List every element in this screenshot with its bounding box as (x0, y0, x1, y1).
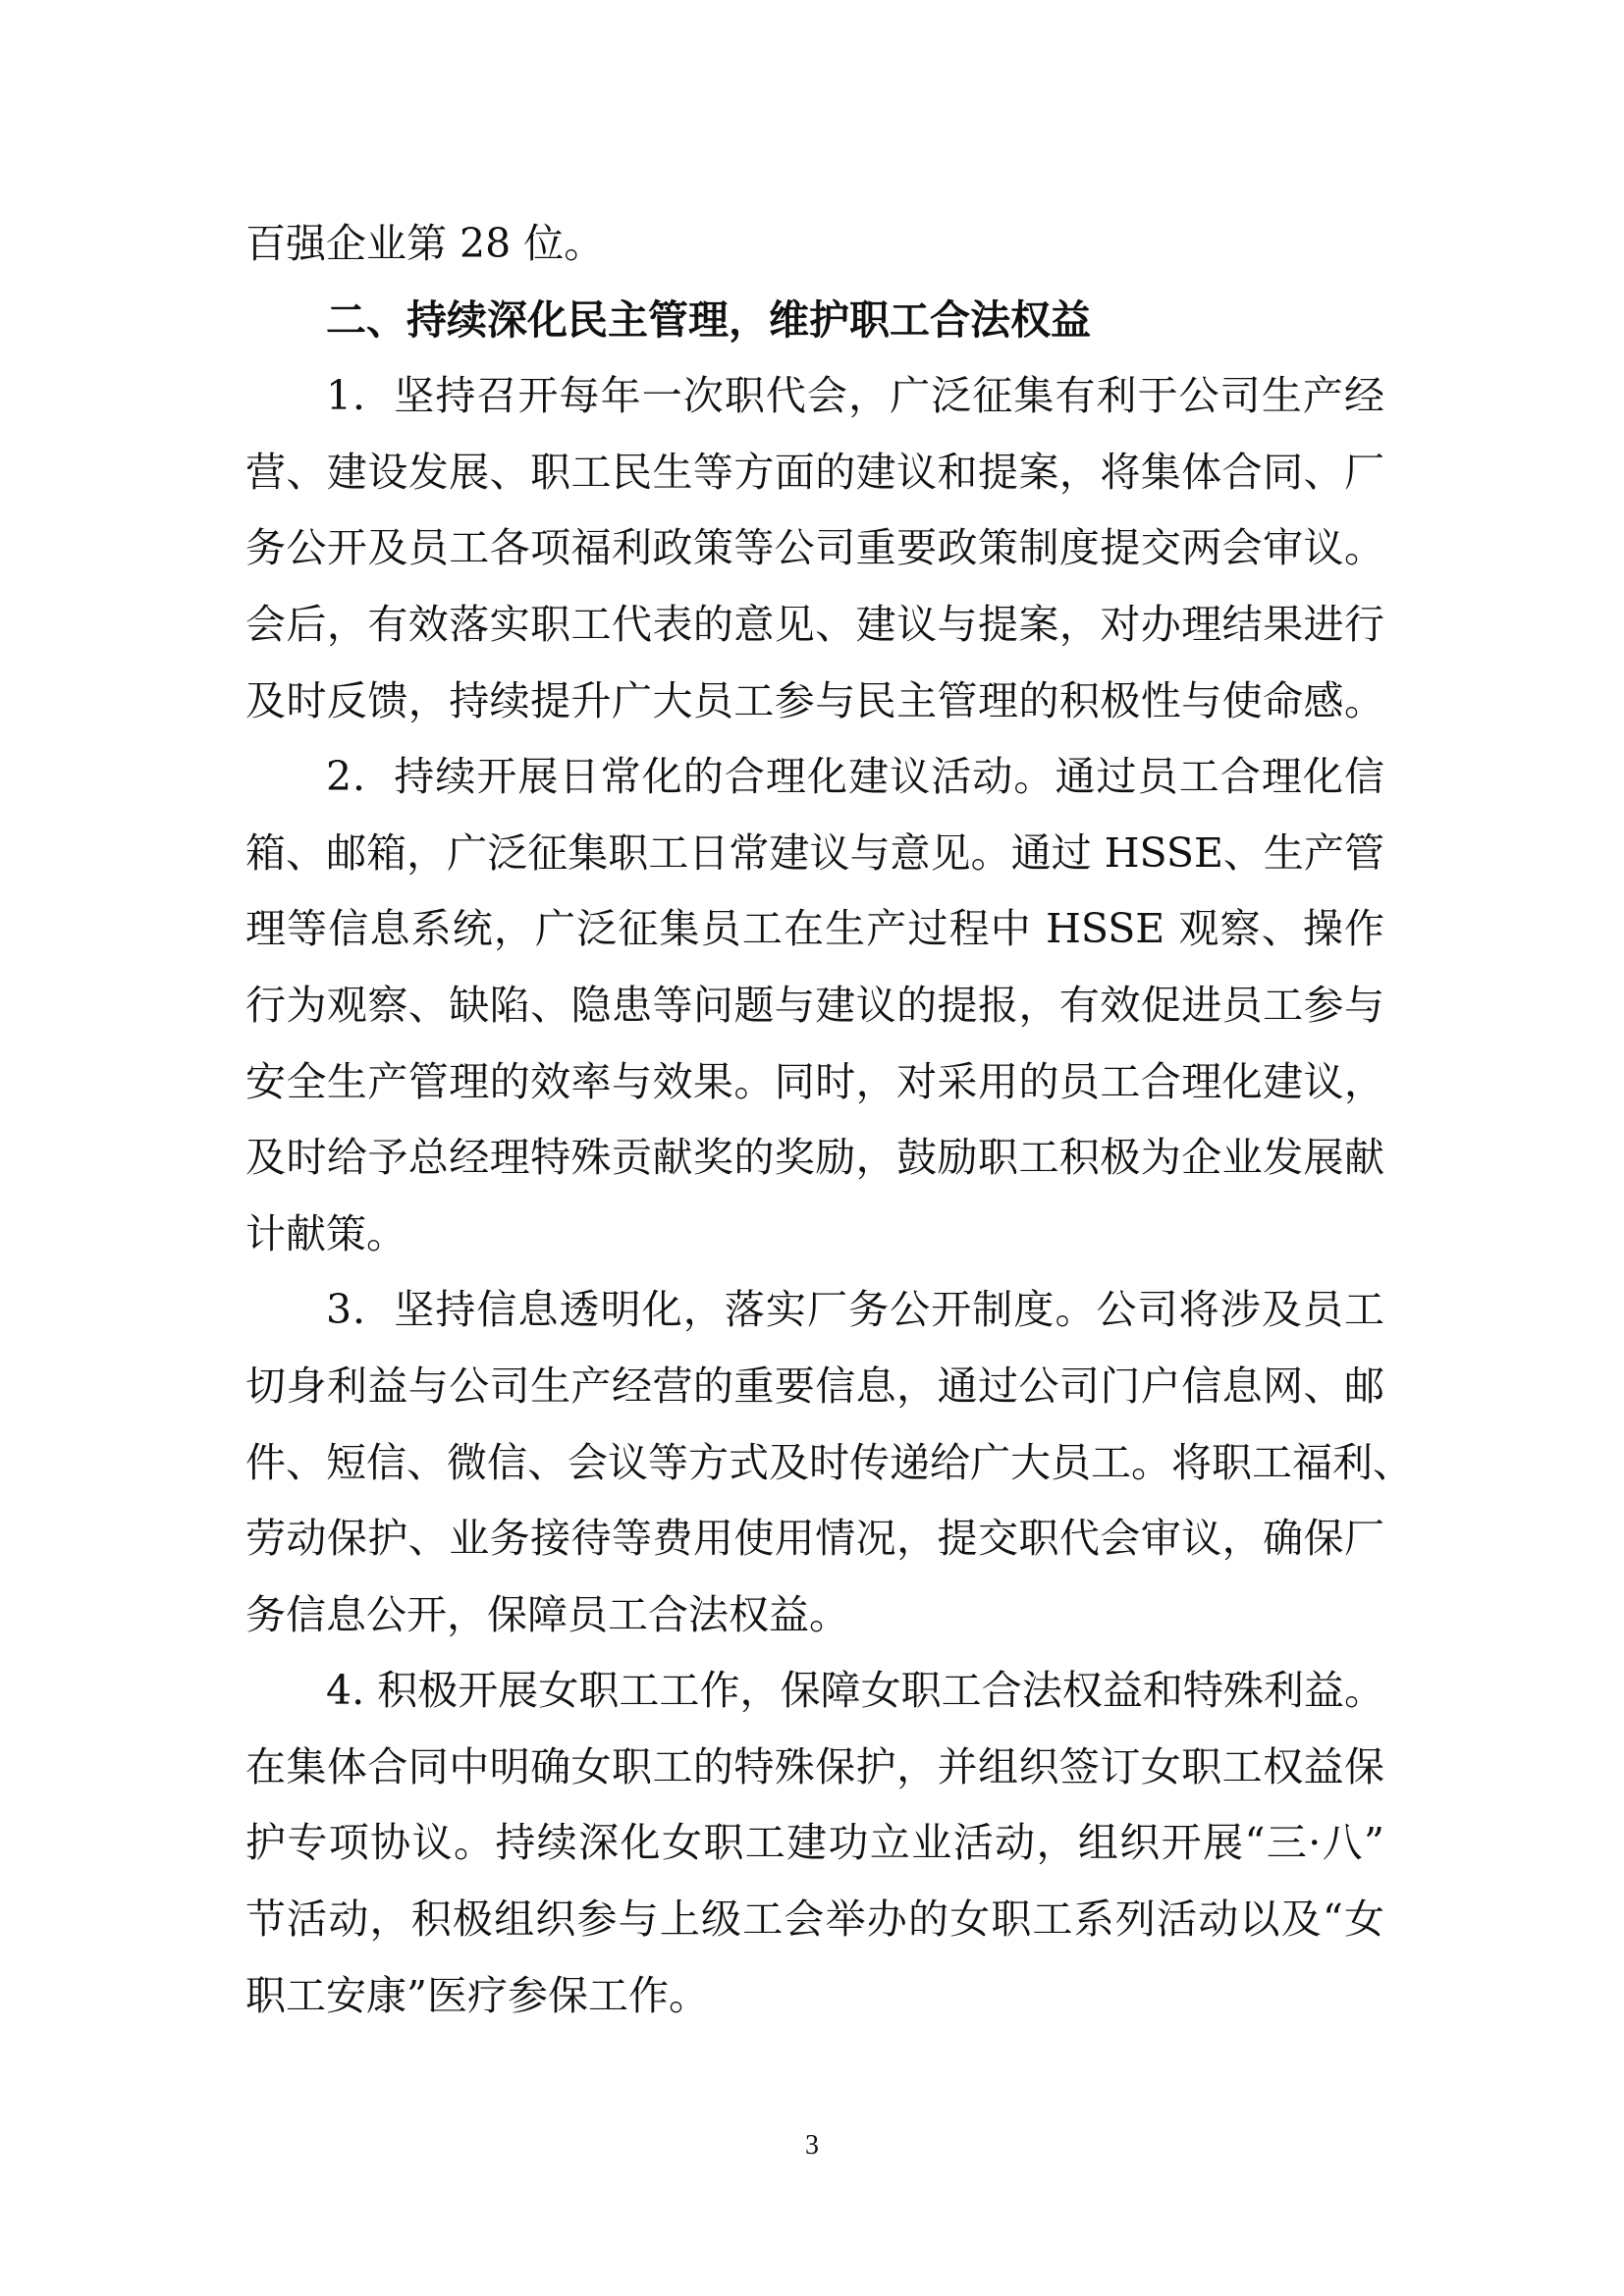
paragraph-line: 及时反馈，持续提升广大员工参与民主管理的积极性与使命感。 (245, 675, 1384, 752)
paragraph-line: 职工安康”医疗参保工作。 (245, 1970, 1384, 2047)
paragraph-line: 安全生产管理的效率与效果。同时，对采用的员工合理化建议， (245, 1056, 1384, 1133)
paragraph-line: 1．坚持召开每年一次职代会，广泛征集有利于公司生产经 (245, 370, 1384, 447)
paragraph-line: 百强企业第 28 位。 (245, 218, 1384, 294)
paragraph-line: 务信息公开，保障员工合法权益。 (245, 1589, 1384, 1666)
paragraph-line: 及时给予总经理特殊贡献奖的奖励，鼓励职工积极为企业发展献 (245, 1132, 1384, 1208)
document-body: 百强企业第 28 位。 二、持续深化民主管理，维护职工合法权益 1．坚持召开每年… (245, 218, 1384, 2046)
paragraph-line: 劳动保护、业务接待等费用使用情况，提交职代会审议，确保厂 (245, 1513, 1384, 1589)
paragraph-line: 节活动，积极组织参与上级工会举办的女职工系列活动以及“女 (245, 1894, 1384, 1970)
paragraph-line: 计献策。 (245, 1208, 1384, 1285)
paragraph-line: 2．持续开展日常化的合理化建议活动。通过员工合理化信 (245, 751, 1384, 828)
paragraph-line: 4. 积极开展女职工工作，保障女职工合法权益和特殊利益。 (245, 1665, 1384, 1741)
paragraph-line: 3．坚持信息透明化，落实厂务公开制度。公司将涉及员工 (245, 1284, 1384, 1361)
paragraph-line: 件、短信、微信、会议等方式及时传递给广大员工。将职工福利、 (245, 1437, 1384, 1514)
paragraph-line: 务公开及员工各项福利政策等公司重要政策制度提交两会审议。 (245, 522, 1384, 599)
paragraph-line: 营、建设发展、职工民生等方面的建议和提案，将集体合同、厂 (245, 447, 1384, 523)
document-page: 百强企业第 28 位。 二、持续深化民主管理，维护职工合法权益 1．坚持召开每年… (0, 0, 1624, 2296)
page-number: 3 (0, 2130, 1624, 2162)
paragraph-line: 理等信息系统，广泛征集员工在生产过程中 HSSE 观察、操作 (245, 903, 1384, 980)
paragraph-line: 行为观察、缺陷、隐患等问题与建议的提报，有效促进员工参与 (245, 980, 1384, 1056)
section-heading: 二、持续深化民主管理，维护职工合法权益 (245, 294, 1384, 371)
paragraph-line: 切身利益与公司生产经营的重要信息，通过公司门户信息网、邮 (245, 1361, 1384, 1437)
paragraph-line: 箱、邮箱，广泛征集职工日常建议与意见。通过 HSSE、生产管 (245, 828, 1384, 904)
paragraph-line: 会后，有效落实职工代表的意见、建议与提案，对办理结果进行 (245, 599, 1384, 675)
paragraph-line: 护专项协议。持续深化女职工建功立业活动，组织开展“三·八” (245, 1817, 1384, 1894)
paragraph-line: 在集体合同中明确女职工的特殊保护，并组织签订女职工权益保 (245, 1741, 1384, 1818)
